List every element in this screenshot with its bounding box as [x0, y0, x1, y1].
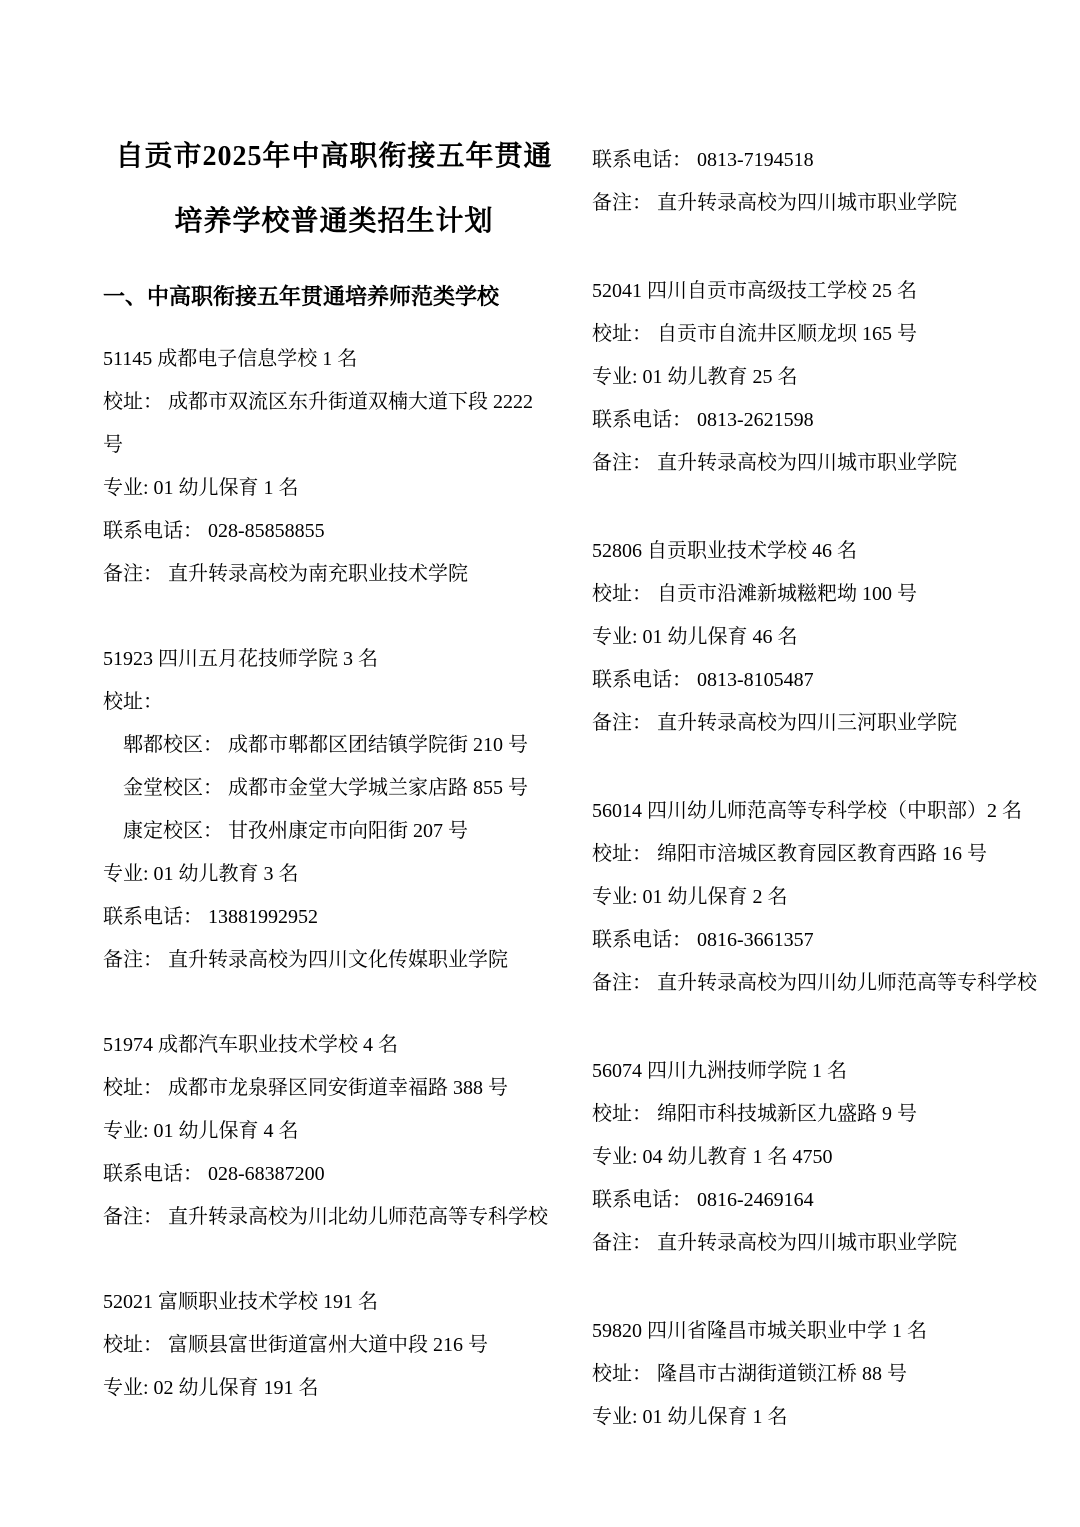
text-line: 备注： 直升转录高校为四川城市职业学院: [592, 1222, 1060, 1265]
text-line: 56074 四川九洲技师学院 1 名: [592, 1050, 1060, 1093]
text-line: 联系电话： 028-85858855: [103, 510, 565, 553]
school-52021-part2: 联系电话： 0813-7194518备注： 直升转录高校为四川城市职业学院: [592, 139, 1060, 225]
text-line: 56014 四川幼儿师范高等专科学校（中职部）2 名: [592, 790, 1060, 833]
document-title-line1: 自贡市2025年中高职衔接五年贯通: [103, 139, 565, 175]
text-line: 联系电话： 0816-2469164: [592, 1179, 1060, 1222]
text-line: 校址： 绵阳市科技城新区九盛路 9 号: [592, 1093, 1060, 1136]
text-line: 号: [103, 424, 565, 467]
left-column-blocks: 51145 成都电子信息学校 1 名校址： 成都市双流区东升街道双楠大道下段 2…: [103, 338, 565, 1410]
school-56074: 56074 四川九洲技师学院 1 名校址： 绵阳市科技城新区九盛路 9 号专业:…: [592, 1050, 1060, 1265]
text-line: 51923 四川五月花技师学院 3 名: [103, 638, 565, 681]
left-column: 自贡市2025年中高职衔接五年贯通 培养学校普通类招生计划 一、中高职衔接五年贯…: [103, 139, 565, 1410]
text-line: 联系电话： 028-68387200: [103, 1153, 565, 1196]
text-line: 备注： 直升转录高校为四川城市职业学院: [592, 442, 1060, 485]
text-line: 备注： 直升转录高校为南充职业技术学院: [103, 553, 565, 596]
school-59820: 59820 四川省隆昌市城关职业中学 1 名校址： 隆昌市古湖街道锁江桥 88 …: [592, 1310, 1060, 1439]
document-page: 自贡市2025年中高职衔接五年贯通 培养学校普通类招生计划 一、中高职衔接五年贯…: [0, 0, 1080, 1527]
text-line: 专业: 01 幼儿保育 46 名: [592, 616, 1060, 659]
school-51923: 51923 四川五月花技师学院 3 名校址： 郫都校区： 成都市郫都区团结镇学院…: [103, 638, 565, 982]
text-line: 校址： 成都市双流区东升街道双楠大道下段 2222: [103, 381, 565, 424]
school-52806: 52806 自贡职业技术学校 46 名校址： 自贡市沿滩新城糍粑坳 100 号专…: [592, 530, 1060, 745]
school-52021-part1: 52021 富顺职业技术学校 191 名校址： 富顺县富世街道富州大道中段 21…: [103, 1281, 565, 1410]
text-line: 52021 富顺职业技术学校 191 名: [103, 1281, 565, 1324]
text-line: 备注： 直升转录高校为四川城市职业学院: [592, 182, 1060, 225]
text-line: 校址： 成都市龙泉驿区同安街道幸福路 388 号: [103, 1067, 565, 1110]
text-line: 51145 成都电子信息学校 1 名: [103, 338, 565, 381]
text-line: 专业: 01 幼儿保育 1 名: [592, 1396, 1060, 1439]
text-line: 52041 四川自贡市高级技工学校 25 名: [592, 270, 1060, 313]
text-line: 校址： 自贡市沿滩新城糍粑坳 100 号: [592, 573, 1060, 616]
text-line: 联系电话： 0813-7194518: [592, 139, 1060, 182]
text-line: 专业: 01 幼儿教育 3 名: [103, 853, 565, 896]
text-line: 专业: 02 幼儿保育 191 名: [103, 1367, 565, 1410]
text-line: 校址： 绵阳市涪城区教育园区教育西路 16 号: [592, 833, 1060, 876]
school-51974: 51974 成都汽车职业技术学校 4 名校址： 成都市龙泉驿区同安街道幸福路 3…: [103, 1024, 565, 1239]
text-line: 专业: 01 幼儿保育 1 名: [103, 467, 565, 510]
text-line: 联系电话： 0813-2621598: [592, 399, 1060, 442]
text-line: 联系电话： 13881992952: [103, 896, 565, 939]
text-line: 备注： 直升转录高校为川北幼儿师范高等专科学校: [103, 1196, 565, 1239]
text-line: 专业: 01 幼儿教育 25 名: [592, 356, 1060, 399]
text-line: 专业: 01 幼儿保育 4 名: [103, 1110, 565, 1153]
text-line: 51974 成都汽车职业技术学校 4 名: [103, 1024, 565, 1067]
document-title-line2: 培养学校普通类招生计划: [103, 204, 565, 240]
text-line: 专业: 04 幼儿教育 1 名 4750: [592, 1136, 1060, 1179]
right-column: 联系电话： 0813-7194518备注： 直升转录高校为四川城市职业学院520…: [592, 139, 1060, 1439]
school-52041: 52041 四川自贡市高级技工学校 25 名校址： 自贡市自流井区顺龙坝 165…: [592, 270, 1060, 485]
text-line: 联系电话： 0816-3661357: [592, 919, 1060, 962]
text-line: 康定校区： 甘孜州康定市向阳街 207 号: [103, 810, 565, 853]
text-line: 金堂校区： 成都市金堂大学城兰家店路 855 号: [103, 767, 565, 810]
text-line: 备注： 直升转录高校为四川三河职业学院: [592, 702, 1060, 745]
text-line: 59820 四川省隆昌市城关职业中学 1 名: [592, 1310, 1060, 1353]
text-line: 郫都校区： 成都市郫都区团结镇学院街 210 号: [103, 724, 565, 767]
text-line: 校址： 富顺县富世街道富州大道中段 216 号: [103, 1324, 565, 1367]
text-line: 52806 自贡职业技术学校 46 名: [592, 530, 1060, 573]
section-heading: 一、中高职衔接五年贯通培养师范类学校: [103, 282, 565, 312]
text-line: 校址： 自贡市自流井区顺龙坝 165 号: [592, 313, 1060, 356]
right-column-blocks: 联系电话： 0813-7194518备注： 直升转录高校为四川城市职业学院520…: [592, 139, 1060, 1439]
text-line: 联系电话： 0813-8105487: [592, 659, 1060, 702]
school-51145: 51145 成都电子信息学校 1 名校址： 成都市双流区东升街道双楠大道下段 2…: [103, 338, 565, 596]
text-line: 专业: 01 幼儿保育 2 名: [592, 876, 1060, 919]
text-line: 备注： 直升转录高校为四川文化传媒职业学院: [103, 939, 565, 982]
text-line: 校址：: [103, 681, 565, 724]
text-line: 校址： 隆昌市古湖街道锁江桥 88 号: [592, 1353, 1060, 1396]
text-line: 备注： 直升转录高校为四川幼儿师范高等专科学校: [592, 962, 1060, 1005]
school-56014: 56014 四川幼儿师范高等专科学校（中职部）2 名校址： 绵阳市涪城区教育园区…: [592, 790, 1060, 1005]
